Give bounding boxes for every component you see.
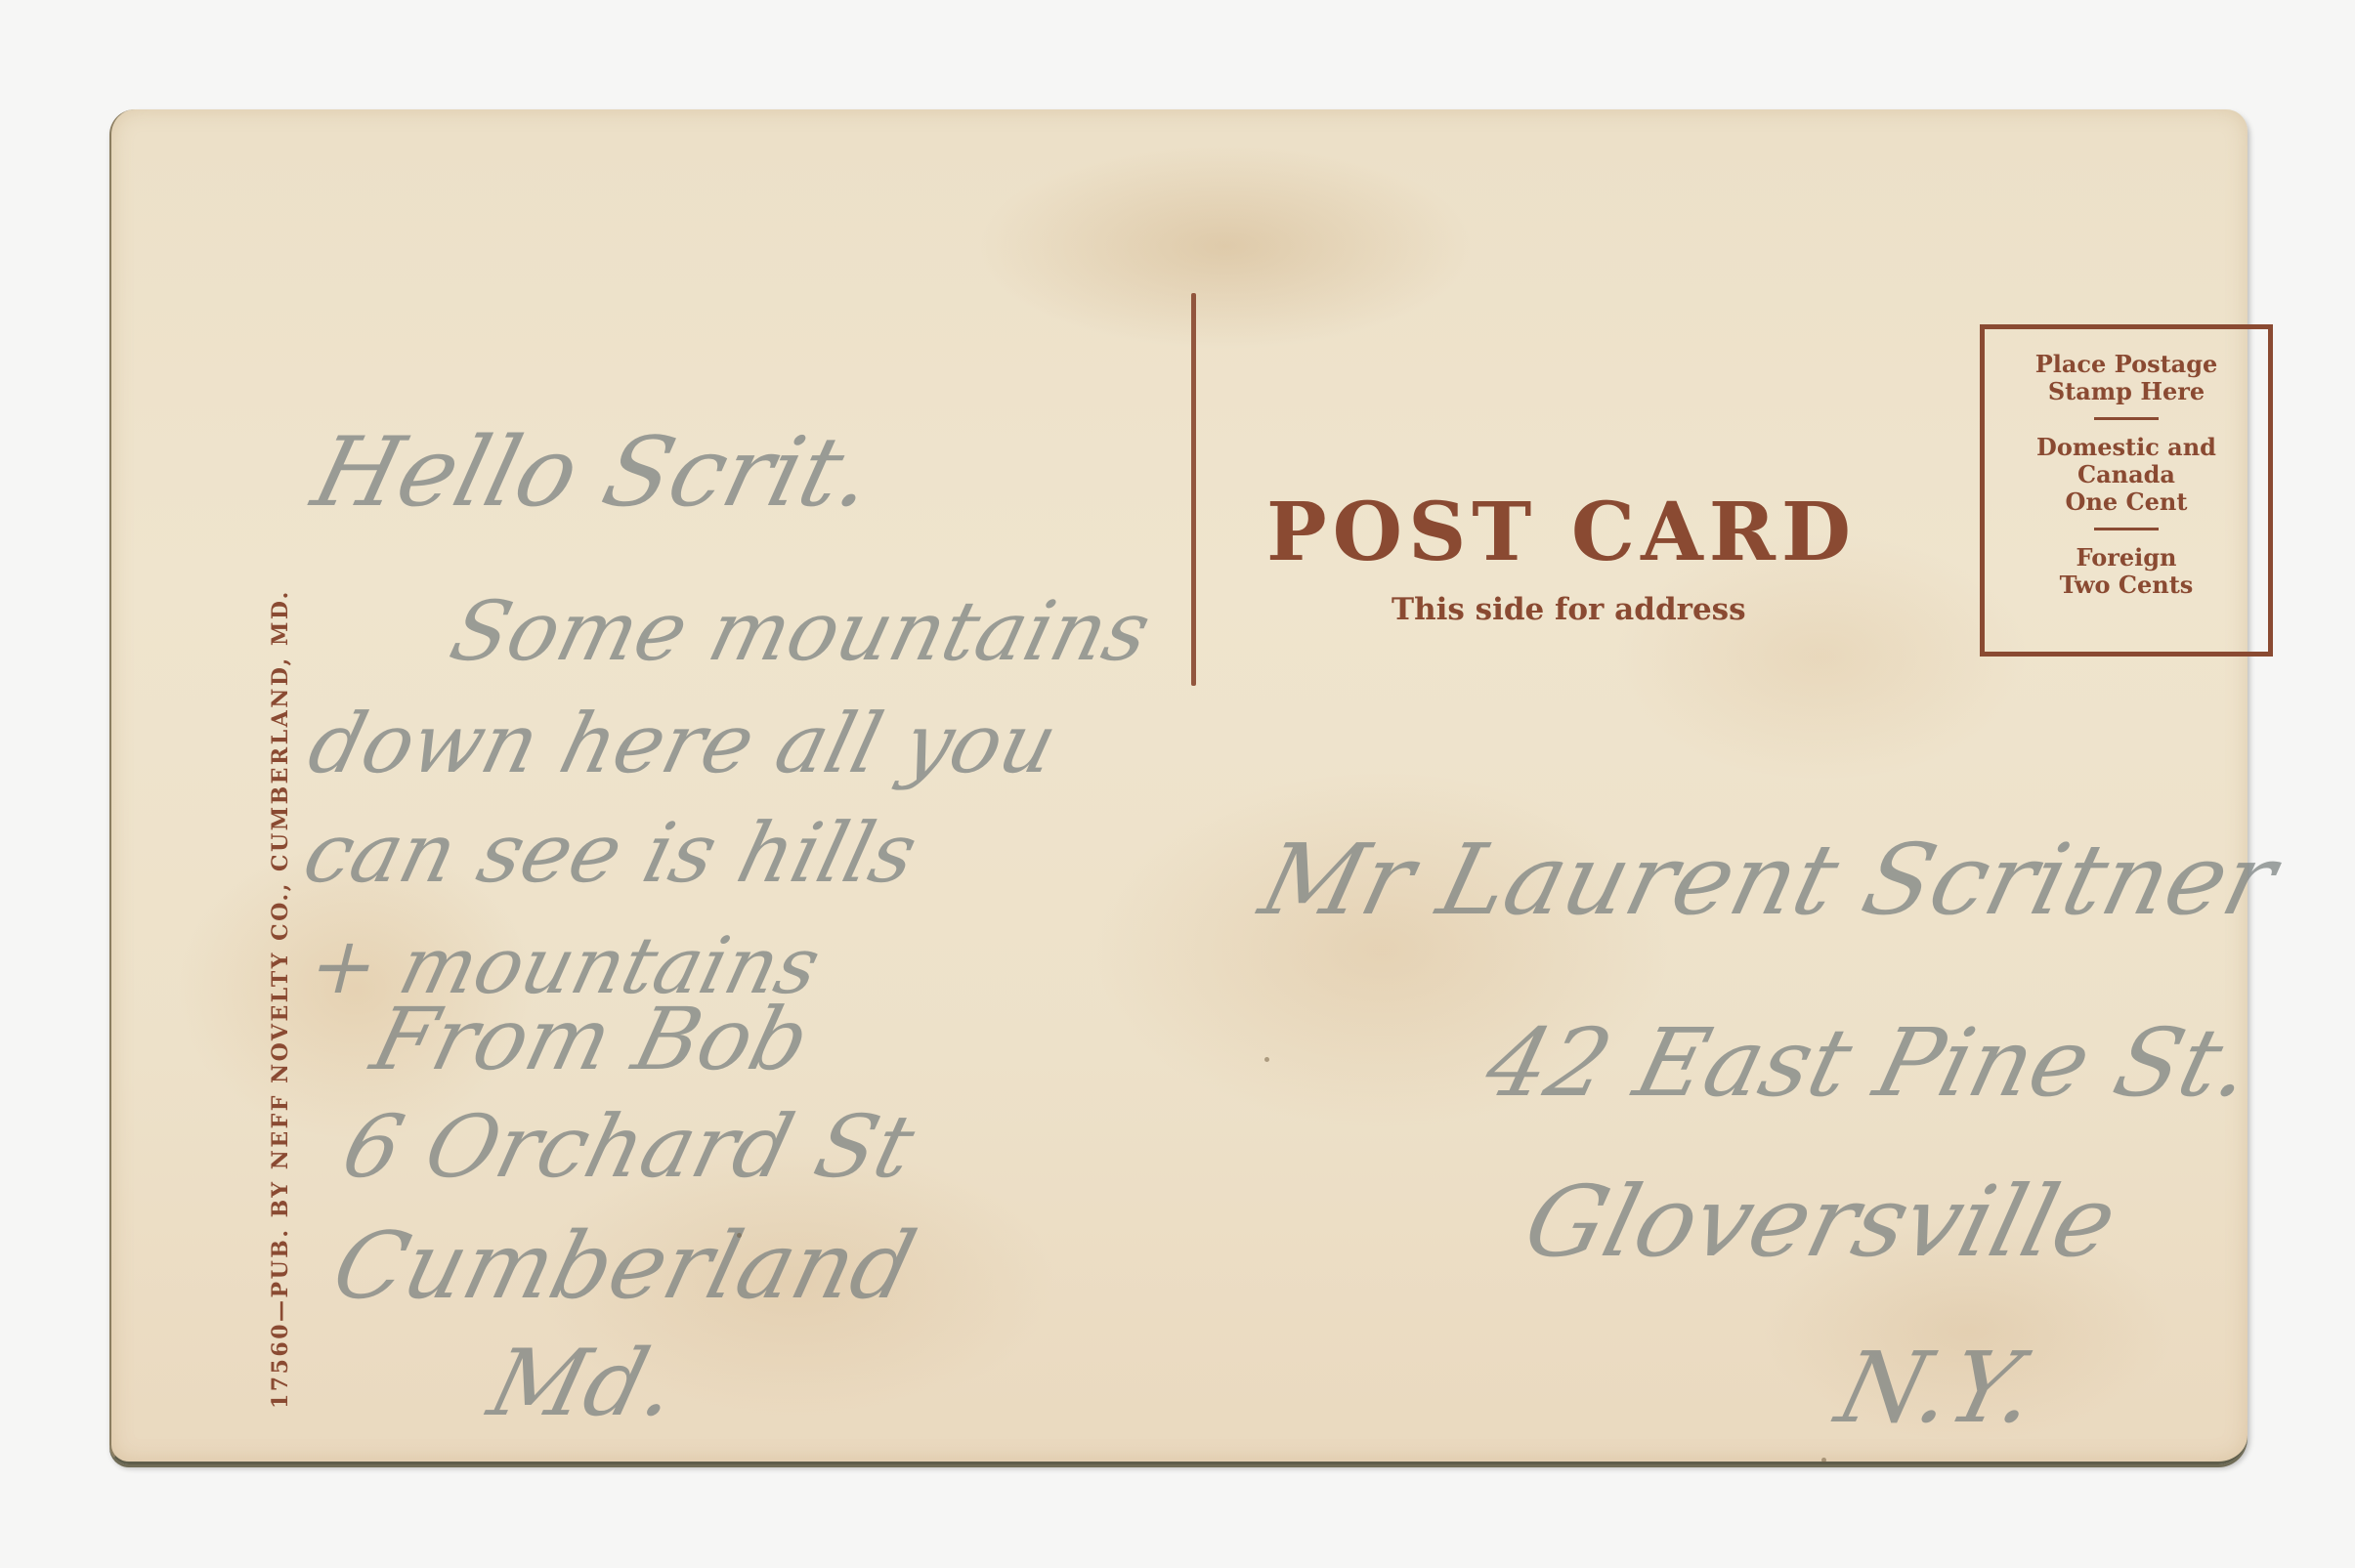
stamp-box: Place Postage Stamp Here Domestic and Ca… [1980,324,2273,657]
postcard-title: POST CARD [1266,486,1892,579]
message-line: From Bob [363,989,819,1089]
stamp-domestic-rate: Domestic and Canada One Cent [1985,434,2268,516]
stamp-rule [2094,417,2159,420]
message-line: 6 Orchard St [333,1096,923,1197]
stamp-foreign-rate: Foreign Two Cents [1985,544,2268,599]
stamp-rate-line: One Cent [1985,488,2268,516]
postcard: 17560—PUB. BY NEFF NOVELTY CO., CUMBERLA… [109,109,2248,1464]
stamp-rate-line: Canada [1985,461,2268,488]
stamp-heading: Place Postage Stamp Here [1985,351,2268,405]
publisher-imprint: 17560—PUB. BY NEFF NOVELTY CO., CUMBERLA… [268,589,293,1409]
message-line: Hello Scrit. [303,417,884,529]
message-line: can see is hills [295,805,926,901]
address-line: 42 East Pine St. [1476,1008,2263,1118]
paper-speck [737,1233,742,1238]
stamp-rate-line: Foreign [1985,544,2268,572]
message-address-divider [1191,293,1196,686]
message-line: Some mountains [442,583,1160,679]
stamp-rate-line: Two Cents [1985,572,2268,599]
address-line: Mr Laurent Scritner [1250,823,2287,937]
stamp-heading-line: Stamp Here [1985,378,2268,405]
stamp-rate-line: Domestic and [1985,434,2268,461]
address-line: Gloversville [1514,1165,2127,1279]
stamp-rule [2094,528,2159,530]
message-line: Cumberland [322,1213,924,1320]
message-line: Md. [479,1331,687,1437]
paper-speck [1264,1057,1269,1062]
stamp-heading-line: Place Postage [1985,351,2268,378]
paper-speck [1821,1458,1826,1462]
address-line: N.Y. [1826,1331,2048,1445]
message-line: down here all you [300,696,1066,791]
address-side-label: This side for address [1392,592,1746,627]
